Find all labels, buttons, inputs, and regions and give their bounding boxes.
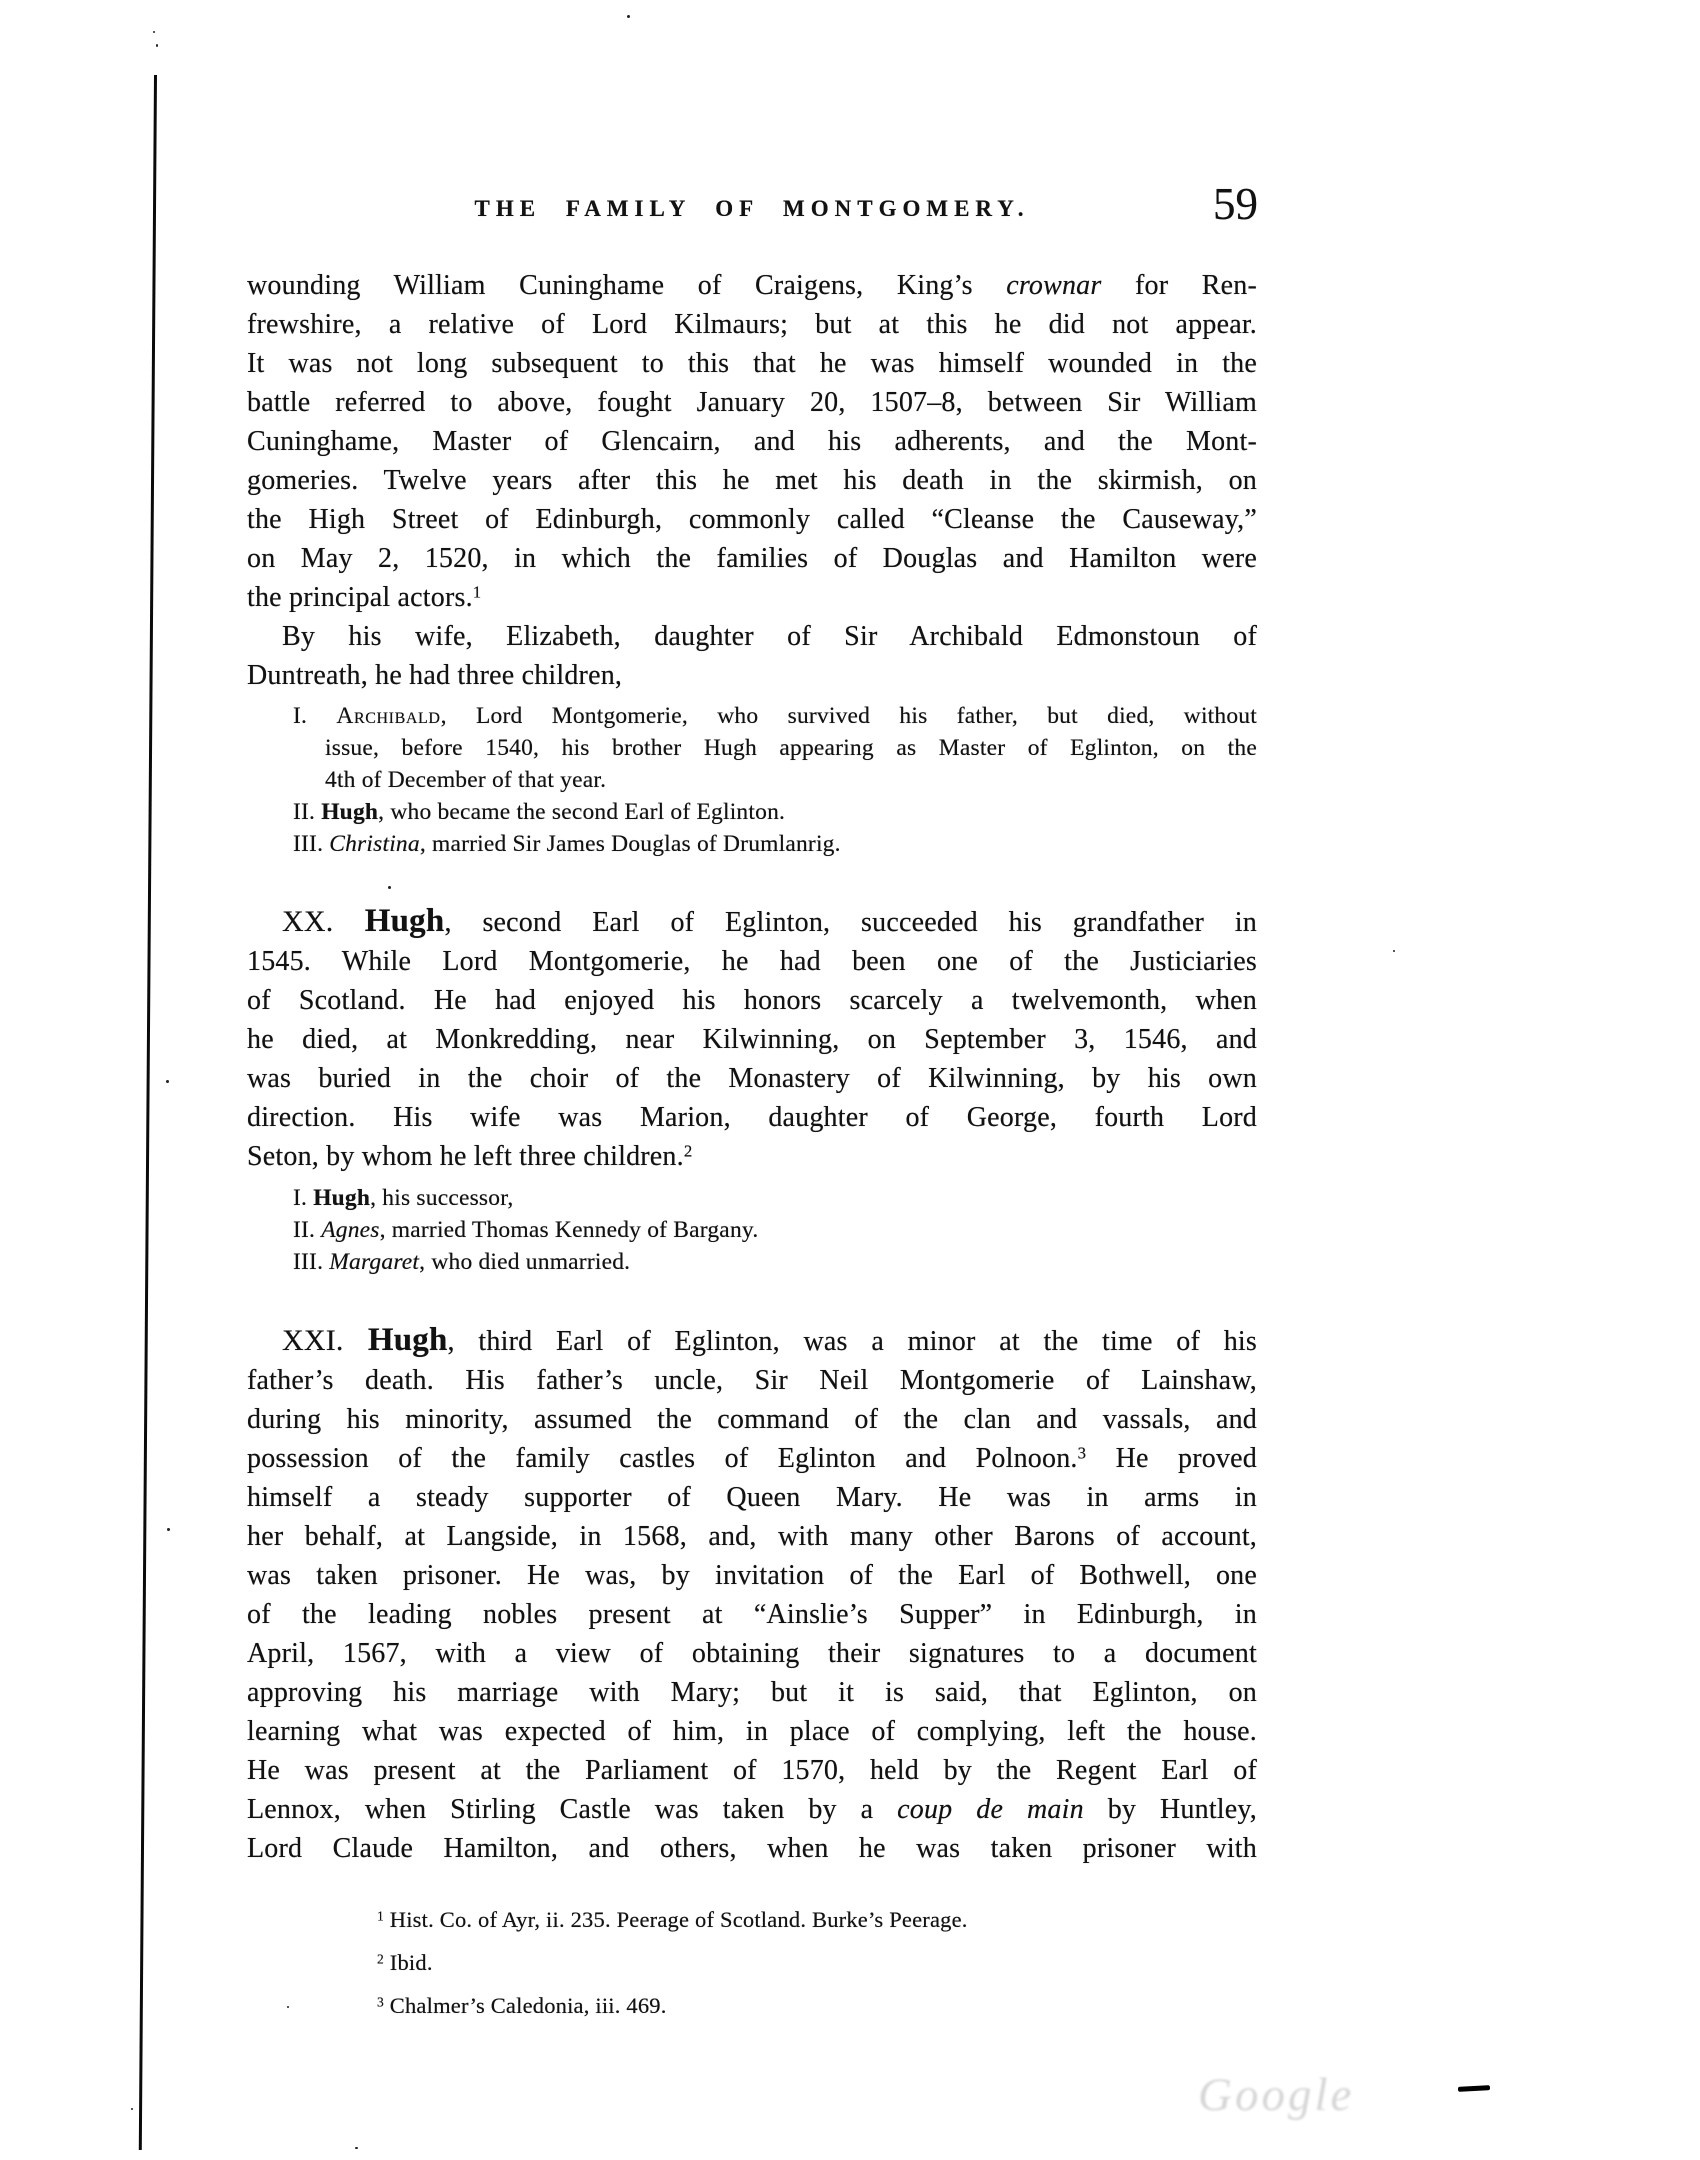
text-segment: XXI. <box>282 1324 368 1357</box>
text-line: Lord Claude Hamilton, and others, when h… <box>247 1829 1257 1868</box>
text-segment: Hugh <box>368 1322 448 1358</box>
text-segment: , married Thomas Kennedy of Bargany. <box>380 1217 759 1243</box>
text-segment: learning what was expected of him, in pl… <box>247 1716 1257 1747</box>
text-segment: By his wife, Elizabeth, daughter of Sir … <box>282 621 1257 652</box>
text-segment: , married Sir James Douglas of Drumlanri… <box>420 831 841 857</box>
scan-speck <box>153 31 155 33</box>
text-line: was taken prisoner. He was, by invitatio… <box>247 1556 1257 1595</box>
text-line: It was not long subsequent to this that … <box>247 344 1257 383</box>
text-segment: III. <box>293 831 329 857</box>
text-line: I. Archibald, Lord Montgomerie, who surv… <box>293 700 1257 732</box>
text-segment: coup de main <box>897 1794 1084 1825</box>
text-segment: possession of the family castles of Egli… <box>247 1443 1078 1474</box>
text-line: 3 Chalmer’s Caledonia, iii. 469. <box>377 1984 1257 2027</box>
text-segment: he died, at Monkredding, near Kilwinning… <box>247 1024 1257 1055</box>
text-segment: III. <box>293 1249 329 1275</box>
ink-dash-artifact <box>1458 2085 1490 2092</box>
paragraph-xx-hugh-second-earl: XX. Hugh, second Earl of Eglinton, succe… <box>247 903 1257 1176</box>
text-segment: He proved <box>1086 1443 1257 1474</box>
text-segment: was taken prisoner. He was, by invitatio… <box>247 1560 1257 1591</box>
text-segment: XX. <box>282 905 365 938</box>
text-segment: Seton, by whom he left three children. <box>247 1141 684 1172</box>
footnote-marker: 1 <box>377 1908 384 1923</box>
text-line: possession of the family castles of Egli… <box>247 1439 1257 1478</box>
text-segment: Chalmer’s Caledonia, iii. 469. <box>384 1993 667 2018</box>
text-line: himself a steady supporter of Queen Mary… <box>247 1478 1257 1517</box>
scanned-book-page: THE FAMILY OF MONTGOMERY. 59 wounding Wi… <box>0 0 1700 2160</box>
text-segment: during his minority, assumed the command… <box>247 1404 1257 1435</box>
text-segment: 4th of December of that year. <box>325 767 606 793</box>
text-line: 2 Ibid. <box>377 1941 1257 1984</box>
text-line: the principal actors.1 <box>247 578 1257 617</box>
text-line: April, 1567, with a view of obtaining th… <box>247 1634 1257 1673</box>
text-segment: , second Earl of Eglinton, succeeded his… <box>444 907 1257 938</box>
text-segment: direction. His wife was Marion, daughter… <box>247 1102 1257 1133</box>
footnote-marker: 3 <box>1078 1444 1087 1463</box>
text-line: XXI. Hugh, third Earl of Eglinton, was a… <box>247 1322 1257 1361</box>
text-line: learning what was expected of him, in pl… <box>247 1712 1257 1751</box>
text-segment: for Ren- <box>1101 270 1257 301</box>
text-line: of Scotland. He had enjoyed his honors s… <box>247 981 1257 1020</box>
text-segment: Archibald <box>336 703 440 729</box>
paragraph-wife: By his wife, Elizabeth, daughter of Sir … <box>247 617 1257 695</box>
children-list-first: I. Archibald, Lord Montgomerie, who surv… <box>247 700 1257 860</box>
text-segment: Lord Claude Hamilton, and others, when h… <box>247 1833 1257 1864</box>
text-segment: frewshire, a relative of Lord Kilmaurs; … <box>247 309 1257 340</box>
scan-speck <box>166 1080 169 1083</box>
text-line: II. Hugh, who became the second Earl of … <box>293 796 1257 828</box>
text-segment: approving his marriage with Mary; but it… <box>247 1677 1257 1708</box>
text-line: direction. His wife was Marion, daughter… <box>247 1098 1257 1137</box>
text-segment: Duntreath, he had three children, <box>247 660 622 691</box>
text-line: wounding William Cuninghame of Craigens,… <box>247 266 1257 305</box>
text-line: was buried in the choir of the Monastery… <box>247 1059 1257 1098</box>
text-segment: on May 2, 1520, in which the families of… <box>247 543 1257 574</box>
footnote-marker: 3 <box>377 1994 384 2009</box>
scan-speck <box>1393 950 1395 952</box>
footnote-marker: 2 <box>684 1142 693 1161</box>
text-segment: II. <box>293 1217 321 1243</box>
text-line: III. Christina, married Sir James Dougla… <box>293 828 1257 860</box>
text-segment: gomeries. Twelve years after this he met… <box>247 465 1257 496</box>
text-line: 1545. While Lord Montgomerie, he had bee… <box>247 942 1257 981</box>
text-line: during his minority, assumed the command… <box>247 1400 1257 1439</box>
paragraph-xxi-hugh-third-earl: XXI. Hugh, third Earl of Eglinton, was a… <box>247 1322 1257 1868</box>
text-segment: the principal actors. <box>247 582 473 613</box>
text-segment: I. <box>293 703 336 729</box>
text-segment: was buried in the choir of the Monastery… <box>247 1063 1257 1094</box>
footnotes: 1 Hist. Co. of Ayr, ii. 235. Peerage of … <box>247 1898 1257 2027</box>
text-segment: issue, before 1540, his brother Hugh app… <box>325 735 1257 761</box>
text-line: the High Street of Edinburgh, commonly c… <box>247 500 1257 539</box>
page-number: 59 <box>1150 178 1258 230</box>
text-line: Cuninghame, Master of Glencairn, and his… <box>247 422 1257 461</box>
text-line: 4th of December of that year. <box>325 764 1257 796</box>
text-segment: Hist. Co. of Ayr, ii. 235. Peerage of Sc… <box>384 1907 968 1932</box>
text-line: Seton, by whom he left three children.2 <box>247 1137 1257 1176</box>
text-segment: father’s death. His father’s uncle, Sir … <box>247 1365 1257 1396</box>
text-line: III. Margaret, who died unmarried. <box>293 1246 1257 1278</box>
text-segment: of the leading nobles present at “Ainsli… <box>247 1599 1257 1630</box>
text-segment: Lennox, when Stirling Castle was taken b… <box>247 1794 897 1825</box>
text-line: 1 Hist. Co. of Ayr, ii. 235. Peerage of … <box>377 1898 1257 1941</box>
children-list-second: I. Hugh, his successor,II. Agnes, marrie… <box>247 1182 1257 1278</box>
text-column: wounding William Cuninghame of Craigens,… <box>247 266 1257 2027</box>
text-line: her behalf, at Langside, in 1568, and, w… <box>247 1517 1257 1556</box>
text-segment: the High Street of Edinburgh, commonly c… <box>247 504 1257 535</box>
text-segment: Hugh <box>313 1185 370 1211</box>
scanner-watermark: Google <box>1198 2068 1354 2122</box>
text-line: of the leading nobles present at “Ainsli… <box>247 1595 1257 1634</box>
text-segment: Hugh <box>321 799 378 825</box>
text-line: Lennox, when Stirling Castle was taken b… <box>247 1790 1257 1829</box>
text-line: father’s death. His father’s uncle, Sir … <box>247 1361 1257 1400</box>
text-line: he died, at Monkredding, near Kilwinning… <box>247 1020 1257 1059</box>
text-segment: battle referred to above, fought January… <box>247 387 1257 418</box>
footnote-marker: 2 <box>377 1951 384 1966</box>
text-segment: , Lord Montgomerie, who survived his fat… <box>441 703 1257 729</box>
text-segment: 1545. While Lord Montgomerie, he had bee… <box>247 946 1257 977</box>
text-segment: I. <box>293 1185 313 1211</box>
text-segment: Margaret <box>329 1249 419 1275</box>
text-line: frewshire, a relative of Lord Kilmaurs; … <box>247 305 1257 344</box>
text-segment: of Scotland. He had enjoyed his honors s… <box>247 985 1257 1016</box>
text-segment: Agnes <box>321 1217 379 1243</box>
text-segment: He was present at the Parliament of 1570… <box>247 1755 1257 1786</box>
scan-speck <box>156 44 158 47</box>
text-segment: , who became the second Earl of Eglinton… <box>378 799 785 825</box>
scan-speck <box>167 1528 170 1531</box>
text-segment: by Huntley, <box>1084 1794 1257 1825</box>
text-line: II. Agnes, married Thomas Kennedy of Bar… <box>293 1214 1257 1246</box>
scan-speck <box>627 15 630 18</box>
text-segment: Hugh <box>365 903 445 939</box>
scan-speck <box>355 2147 358 2149</box>
text-line: battle referred to above, fought January… <box>247 383 1257 422</box>
text-segment: Ibid. <box>384 1950 433 1975</box>
text-line: By his wife, Elizabeth, daughter of Sir … <box>247 617 1257 656</box>
text-line: gomeries. Twelve years after this he met… <box>247 461 1257 500</box>
text-line: Duntreath, he had three children, <box>247 656 1257 695</box>
text-line: He was present at the Parliament of 1570… <box>247 1751 1257 1790</box>
scan-gutter-line-artifact <box>139 75 157 2150</box>
text-segment: , his successor, <box>370 1185 513 1211</box>
text-segment: Cuninghame, Master of Glencairn, and his… <box>247 426 1257 457</box>
text-line: XX. Hugh, second Earl of Eglinton, succe… <box>247 903 1257 942</box>
text-segment: , third Earl of Eglinton, was a minor at… <box>448 1326 1257 1357</box>
text-line: approving his marriage with Mary; but it… <box>247 1673 1257 1712</box>
text-line: issue, before 1540, his brother Hugh app… <box>325 732 1257 764</box>
text-segment: It was not long subsequent to this that … <box>247 348 1257 379</box>
text-segment: April, 1567, with a view of obtaining th… <box>247 1638 1257 1669</box>
running-head-title: THE FAMILY OF MONTGOMERY. <box>247 196 1257 222</box>
footnote-marker: 1 <box>473 583 482 602</box>
text-segment: himself a steady supporter of Queen Mary… <box>247 1482 1257 1513</box>
text-line: on May 2, 1520, in which the families of… <box>247 539 1257 578</box>
text-segment: crownar <box>1006 270 1101 301</box>
text-segment: , who died unmarried. <box>419 1249 630 1275</box>
paragraph-continued: wounding William Cuninghame of Craigens,… <box>247 266 1257 617</box>
text-segment: Christina <box>329 831 420 857</box>
text-segment: II. <box>293 799 321 825</box>
text-segment: wounding William Cuninghame of Craigens,… <box>247 270 1006 301</box>
text-line: I. Hugh, his successor, <box>293 1182 1257 1214</box>
text-segment: her behalf, at Langside, in 1568, and, w… <box>247 1521 1257 1552</box>
scan-speck <box>131 2108 133 2110</box>
